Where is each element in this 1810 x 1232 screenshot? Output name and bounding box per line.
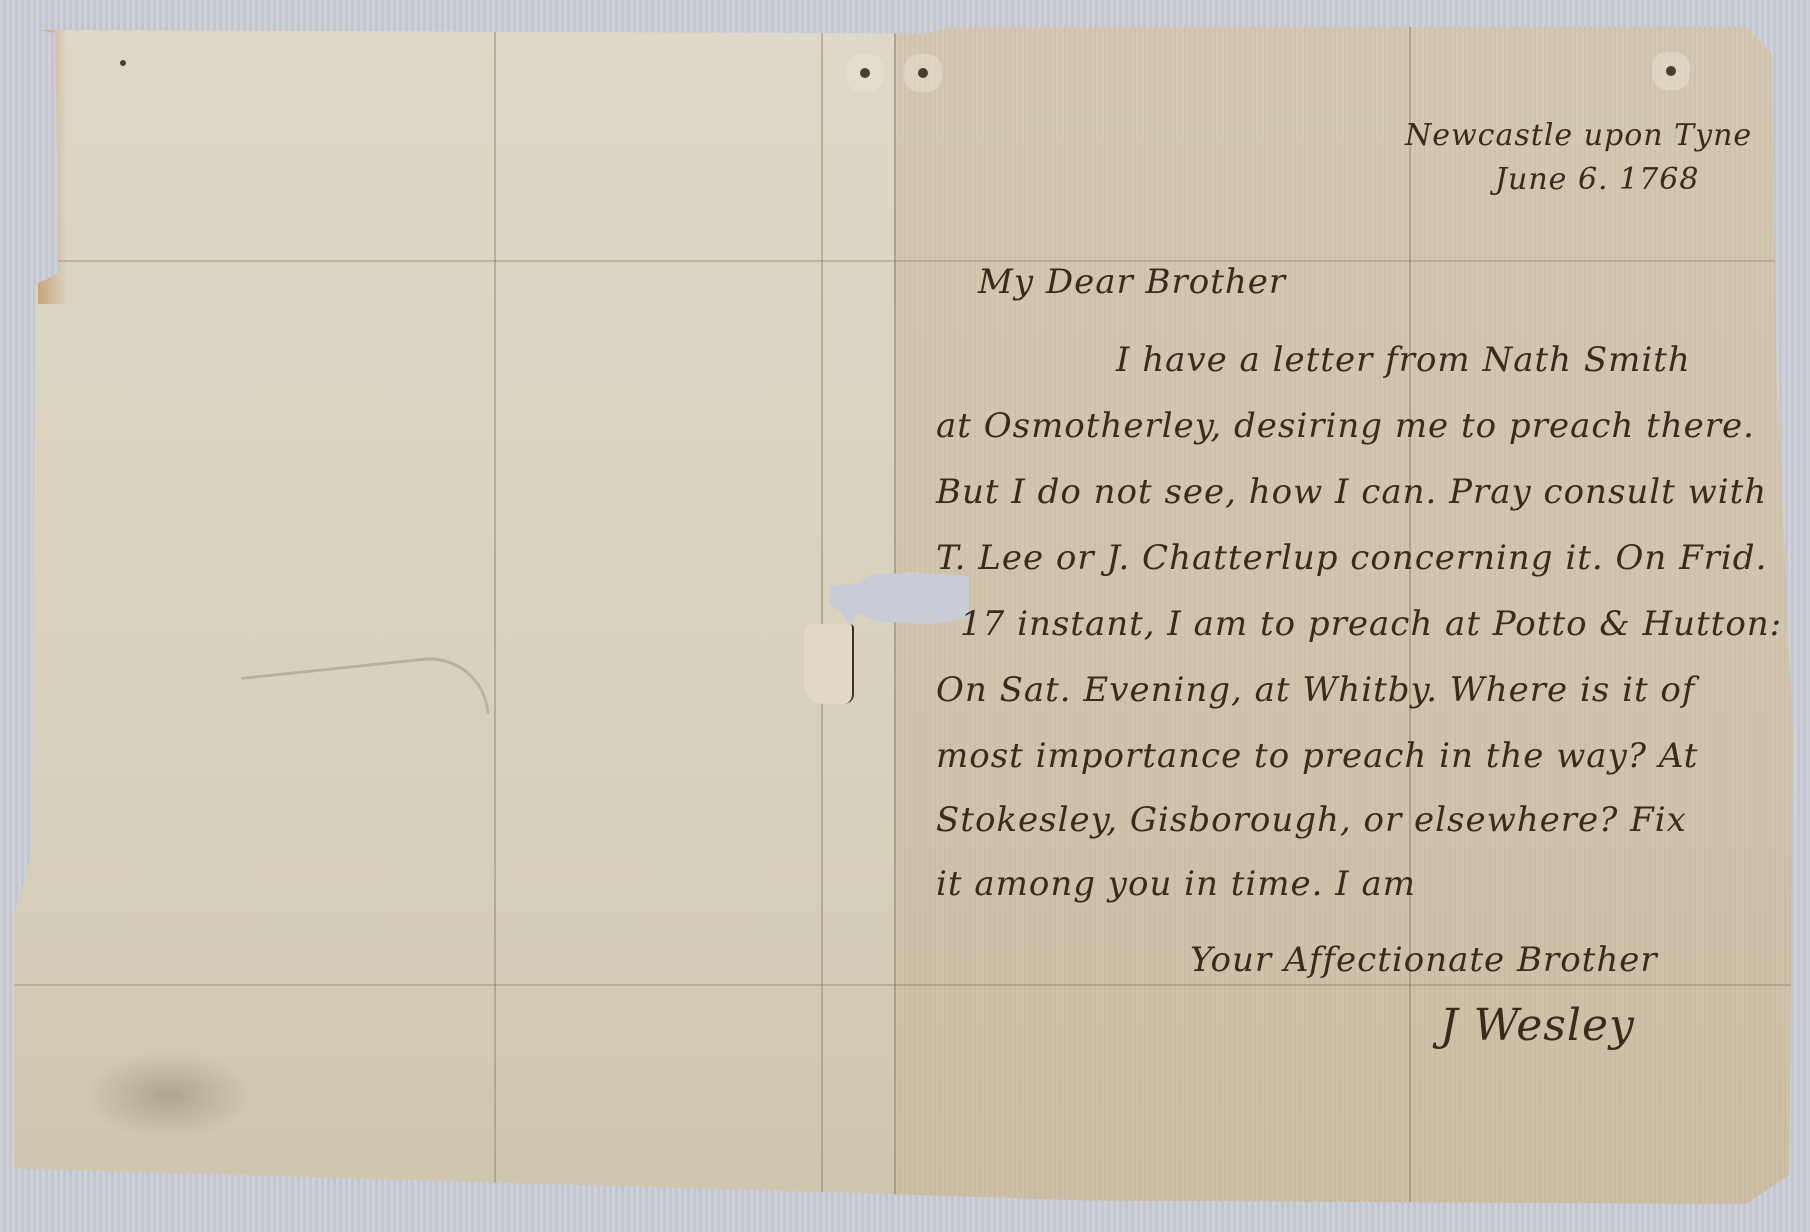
fold-line <box>14 260 1800 262</box>
torn-flap <box>804 624 854 704</box>
letter-body-line: 17 instant, I am to preach at Potto & Hu… <box>960 604 1782 644</box>
letter-body-line: at Osmotherley, desiring me to preach th… <box>936 406 1755 446</box>
wax-seal-hole <box>1666 66 1676 76</box>
fold-line <box>494 24 496 1210</box>
letter-body-line: On Sat. Evening, at Whitby. Where is it … <box>936 670 1696 710</box>
blank-left-panel <box>14 24 894 1210</box>
letter-body-line: Stokesley, Gisborough, or elsewhere? Fix <box>936 800 1687 840</box>
wax-seal-hole <box>860 68 870 78</box>
letter-place: Newcastle upon Tyne <box>1405 118 1752 153</box>
letter-signature: J Wesley <box>1440 1000 1635 1051</box>
wax-seal-hole <box>918 68 928 78</box>
fold-line <box>14 984 1800 986</box>
letter-date: June 6. 1768 <box>1495 162 1699 197</box>
letter-salutation: My Dear Brother <box>978 262 1286 302</box>
letter-body-line: it among you in time. I am <box>936 864 1416 904</box>
letter-body-line: But I do not see, how I can. Pray consul… <box>936 472 1767 512</box>
letter-body-line: I have a letter from Nath Smith <box>1116 340 1691 380</box>
letter-body-line: most importance to preach in the way? At <box>936 736 1698 776</box>
pin-hole <box>120 60 126 66</box>
letter-closing: Your Affectionate Brother <box>1190 940 1658 980</box>
letter-body-line: T. Lee or J. Chatterlup concerning it. O… <box>936 538 1767 578</box>
fold-line <box>821 24 823 1210</box>
